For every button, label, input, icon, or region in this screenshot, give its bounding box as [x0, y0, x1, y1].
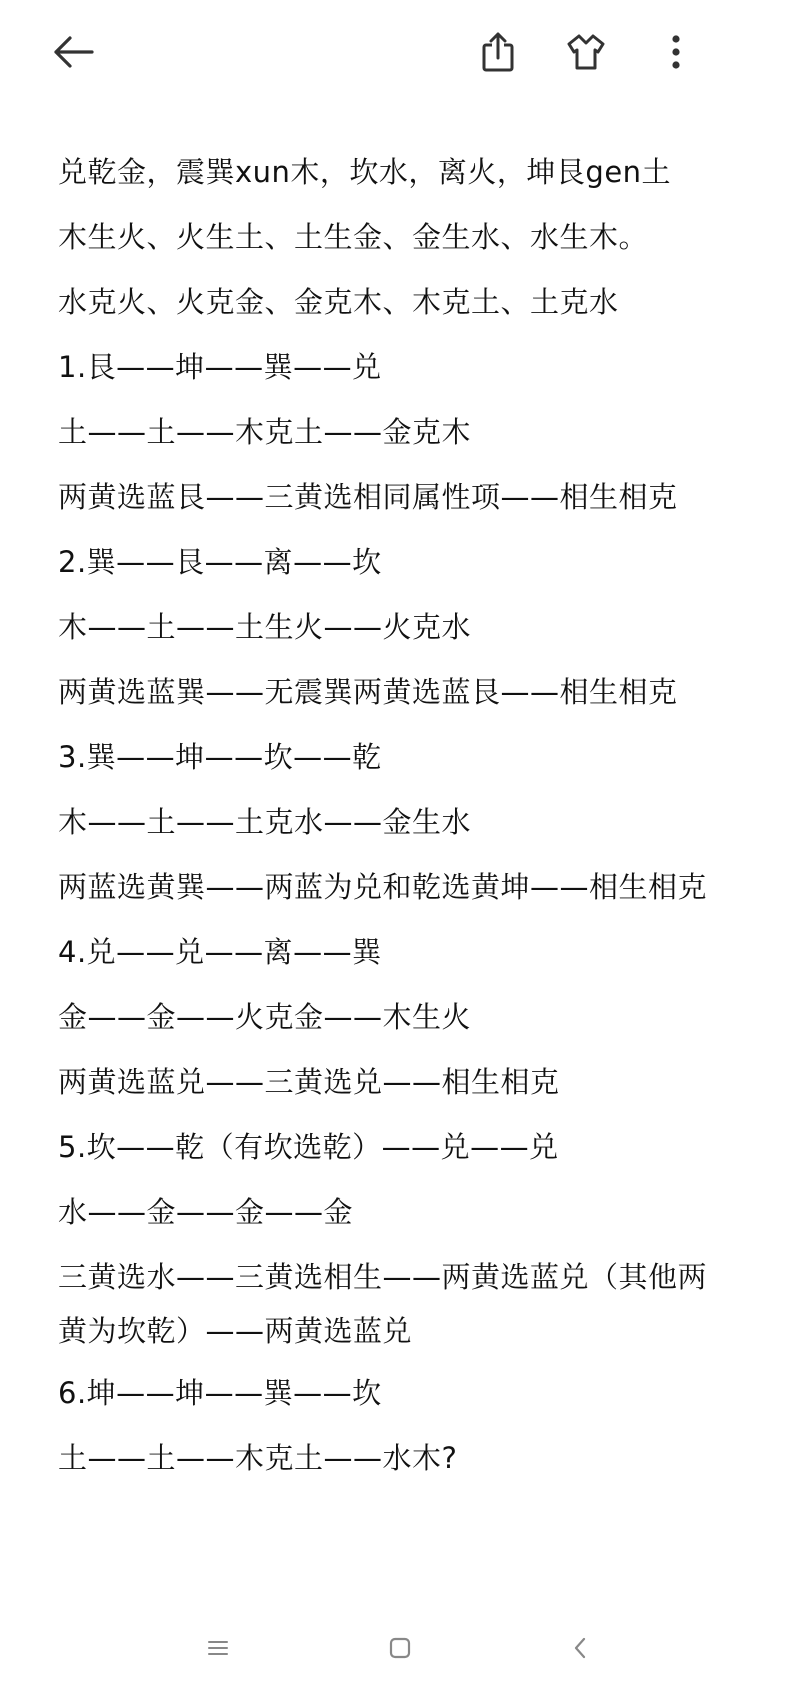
system-back-button[interactable]	[555, 1628, 605, 1668]
note-line: 4.兑——兑——离——巽	[58, 920, 758, 985]
menu-lines-icon	[207, 1639, 229, 1657]
recents-button[interactable]	[193, 1628, 243, 1668]
theme-button[interactable]	[562, 28, 610, 76]
system-navigation-bar	[0, 1620, 800, 1690]
top-app-bar	[0, 0, 800, 110]
note-line: 水克火、火克金、金克木、木克土、土克水	[58, 270, 758, 335]
square-home-icon	[389, 1637, 411, 1659]
note-line: 木——土——土克水——金生水	[58, 790, 758, 855]
note-line-continued: 黄为坎乾）——两黄选蓝兑	[58, 1301, 758, 1361]
chevron-left-icon	[572, 1636, 588, 1660]
note-line: 两黄选蓝艮——三黄选相同属性项——相生相克	[58, 465, 758, 530]
note-body[interactable]: 兑乾金，震巽xun木，坎水，离火，坤艮gen土 木生火、火生土、土生金、金生水、…	[58, 140, 758, 1491]
more-vertical-icon	[670, 34, 682, 70]
note-line: 三黄选水——三黄选相生——两黄选蓝兑（其他两	[58, 1253, 758, 1301]
share-icon	[480, 31, 516, 73]
note-line: 金——金——火克金——木生火	[58, 985, 758, 1050]
note-line: 土——土——木克土——水木?	[58, 1426, 758, 1491]
note-line: 水——金——金——金	[58, 1180, 758, 1245]
note-line: 5.坎——乾（有坎选乾）——兑——兑	[58, 1115, 758, 1180]
more-options-button[interactable]	[652, 28, 700, 76]
tshirt-icon	[565, 33, 607, 71]
note-line: 6.坤——坤——巽——坎	[58, 1361, 758, 1426]
note-line: 两黄选蓝兑——三黄选兑——相生相克	[58, 1050, 758, 1115]
note-line: 2.巽——艮——离——坎	[58, 530, 758, 595]
note-line: 木——土——土生火——火克水	[58, 595, 758, 660]
arrow-left-icon	[52, 34, 96, 70]
back-button[interactable]	[50, 28, 98, 76]
note-line: 1.艮——坤——巽——兑	[58, 335, 758, 400]
note-line: 两蓝选黄巽——两蓝为兑和乾选黄坤——相生相克	[58, 855, 758, 920]
note-line: 土——土——木克土——金克木	[58, 400, 758, 465]
home-button[interactable]	[375, 1628, 425, 1668]
share-button[interactable]	[474, 28, 522, 76]
note-line: 木生火、火生土、土生金、金生水、水生木。	[58, 205, 758, 270]
note-line: 3.巽——坤——坎——乾	[58, 725, 758, 790]
note-line: 兑乾金，震巽xun木，坎水，离火，坤艮gen土	[58, 140, 758, 205]
note-line: 两黄选蓝巽——无震巽两黄选蓝艮——相生相克	[58, 660, 758, 725]
